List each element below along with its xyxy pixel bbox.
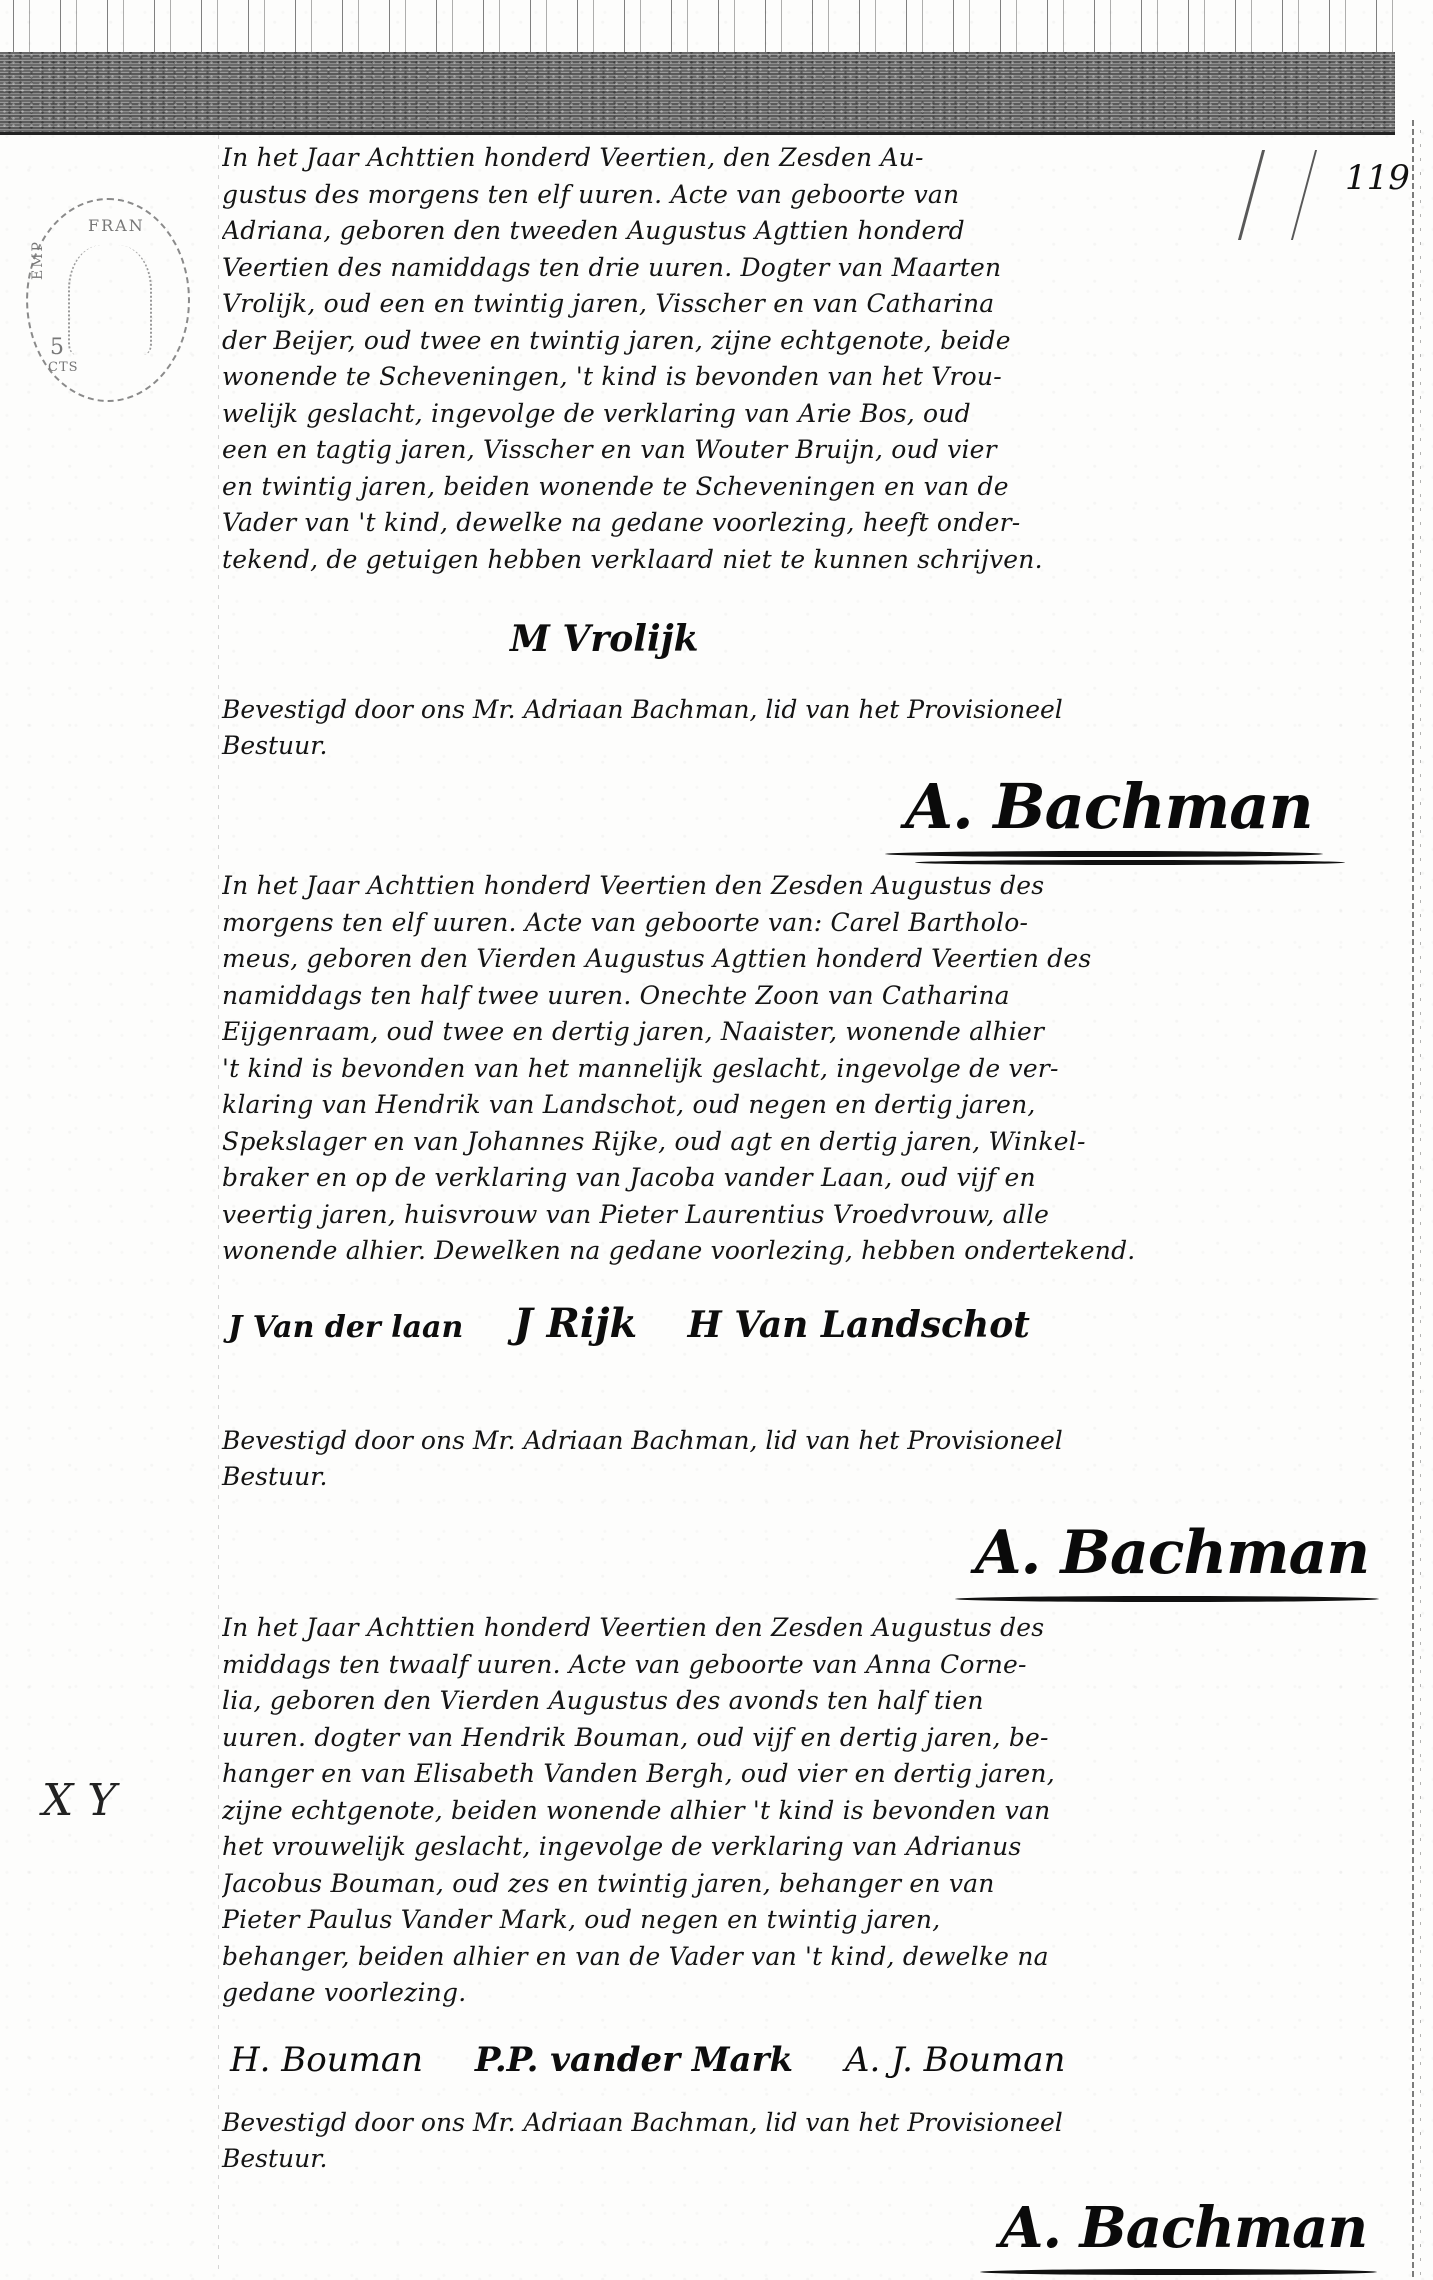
entry-line: een en tagtig jaren, Visscher en van Wou… <box>222 432 1402 469</box>
confirmation-line: Bevestigd door ons Mr. Adriaan Bachman, … <box>222 692 1402 728</box>
entry-line: Adriana, geboren den tweeden Augustus Ag… <box>222 213 1402 250</box>
stamp-unit: CTS <box>48 360 79 375</box>
page-edge-line-secondary <box>1420 130 1421 2280</box>
entry-line: tekend, de getuigen hebben verklaard nie… <box>222 542 1402 579</box>
tax-stamp: FRAN EMP 5 CTS <box>26 198 190 402</box>
entry-line: behanger, beiden alhier en van de Vader … <box>222 1939 1402 1976</box>
official-signature: A. Bachman <box>905 770 1313 843</box>
confirmation-line: Bevestigd door ons Mr. Adriaan Bachman, … <box>222 2105 1402 2141</box>
signature: P.P. vander Mark <box>475 2040 793 2080</box>
entry-line: Jacobus Bouman, oud zes en twintig jaren… <box>222 1866 1402 1903</box>
signature: J Van der laan <box>228 1310 463 1345</box>
witness-signatures: J Van der laan J Rijk H Van Landschot <box>228 1300 1070 1347</box>
confirmation-text: Bevestigd door ons Mr. Adriaan Bachman, … <box>222 1423 1402 1495</box>
official-signature-text: A. Bachman <box>975 1518 1369 1588</box>
margin-line <box>218 135 219 2275</box>
signature: A. J. Bouman <box>845 2040 1066 2080</box>
entry-line: der Beijer, oud twee en twintig jaren, z… <box>222 323 1402 360</box>
signature-flourish <box>980 2269 1377 2275</box>
birth-entry-3: In het Jaar Achttien honderd Veertien de… <box>222 1610 1402 2012</box>
signature-flourish <box>955 1596 1379 1602</box>
confirmation-line: Bestuur. <box>222 728 1402 764</box>
seated-figure-icon <box>68 245 152 355</box>
official-signature: A. Bachman <box>975 1518 1369 1588</box>
entry-line: en twintig jaren, beiden wonende te Sche… <box>222 469 1402 506</box>
witness-signatures: M Vrolijk <box>510 618 739 660</box>
entry-line: het vrouwelijk geslacht, ingevolge de ve… <box>222 1829 1402 1866</box>
entry-line: klaring van Hendrik van Landschot, oud n… <box>222 1087 1402 1124</box>
stamp-text-left: EMP <box>30 240 46 280</box>
entry-line: uuren. dogter van Hendrik Bouman, oud vi… <box>222 1720 1402 1757</box>
register-page: FRAN EMP 5 CTS 119 In het Jaar Achttien … <box>0 0 1433 2280</box>
witness-signatures: H. Bouman P.P. vander Mark A. J. Bouman <box>230 2040 1105 2080</box>
entry-line: hanger en van Elisabeth Vanden Bergh, ou… <box>222 1756 1402 1793</box>
entry-line: braker en op de verklaring van Jacoba va… <box>222 1160 1402 1197</box>
entry-line: Vader van 't kind, dewelke na gedane voo… <box>222 505 1402 542</box>
confirmation-line: Bestuur. <box>222 2141 1402 2177</box>
entry-line: Pieter Paulus Vander Mark, oud negen en … <box>222 1902 1402 1939</box>
stamp-value: 5 <box>50 335 64 360</box>
signature: J Rijk <box>514 1300 637 1347</box>
entry-line: middags ten twaalf uuren. Acte van geboo… <box>222 1647 1402 1684</box>
entry-line: In het Jaar Achttien honderd Veertien, d… <box>222 140 1402 177</box>
confirmation-text: Bevestigd door ons Mr. Adriaan Bachman, … <box>222 2105 1402 2177</box>
signature: H Van Landschot <box>688 1304 1030 1346</box>
confirmation-line: Bestuur. <box>222 1459 1402 1495</box>
entry-line: Eijgenraam, oud twee en dertig jaren, Na… <box>222 1014 1402 1051</box>
official-signature: A. Bachman <box>1000 2195 1367 2261</box>
entry-line: gedane voorlezing. <box>222 1975 1402 2012</box>
entry-line: 't kind is bevonden van het mannelijk ge… <box>222 1051 1402 1088</box>
entry-line: Vrolijk, oud een en twintig jaren, Vissc… <box>222 286 1402 323</box>
entry-line: In het Jaar Achttien honderd Veertien de… <box>222 1610 1402 1647</box>
signature: M Vrolijk <box>510 618 699 660</box>
birth-entry-2: In het Jaar Achttien honderd Veertien de… <box>222 868 1402 1270</box>
official-signature-text: A. Bachman <box>905 770 1313 843</box>
entry-line: veertig jaren, huisvrouw van Pieter Laur… <box>222 1197 1402 1234</box>
entry-line: Spekslager en van Johannes Rijke, oud ag… <box>222 1124 1402 1161</box>
signature-flourish <box>885 851 1323 857</box>
entry-line: meus, geboren den Vierden Augustus Agtti… <box>222 941 1402 978</box>
page-edge-line <box>1412 120 1414 2280</box>
entry-line: zijne echtgenote, beiden wonende alhier … <box>222 1793 1402 1830</box>
signature-flourish <box>915 860 1345 865</box>
entry-line: wonende alhier. Dewelken na gedane voorl… <box>222 1233 1402 1270</box>
binding-band <box>0 52 1395 135</box>
margin-mark: X Y <box>42 1775 116 1826</box>
entry-line: Veertien des namiddags ten drie uuren. D… <box>222 250 1402 287</box>
entry-line: welijk geslacht, ingevolge de verklaring… <box>222 396 1402 433</box>
official-signature-text: A. Bachman <box>1000 2195 1367 2261</box>
entry-line: wonende te Scheveningen, 't kind is bevo… <box>222 359 1402 396</box>
stamp-text-top: FRAN <box>88 216 145 235</box>
entry-line: namiddags ten half twee uuren. Onechte Z… <box>222 978 1402 1015</box>
entry-line: gustus des morgens ten elf uuren. Acte v… <box>222 177 1402 214</box>
entry-line: morgens ten elf uuren. Acte van geboorte… <box>222 905 1402 942</box>
scanner-edge <box>0 0 1410 52</box>
birth-entry-1: In het Jaar Achttien honderd Veertien, d… <box>222 140 1402 578</box>
confirmation-text: Bevestigd door ons Mr. Adriaan Bachman, … <box>222 692 1402 764</box>
signature: H. Bouman <box>230 2040 423 2080</box>
entry-line: In het Jaar Achttien honderd Veertien de… <box>222 868 1402 905</box>
entry-line: lia, geboren den Vierden Augustus des av… <box>222 1683 1402 1720</box>
confirmation-line: Bevestigd door ons Mr. Adriaan Bachman, … <box>222 1423 1402 1459</box>
